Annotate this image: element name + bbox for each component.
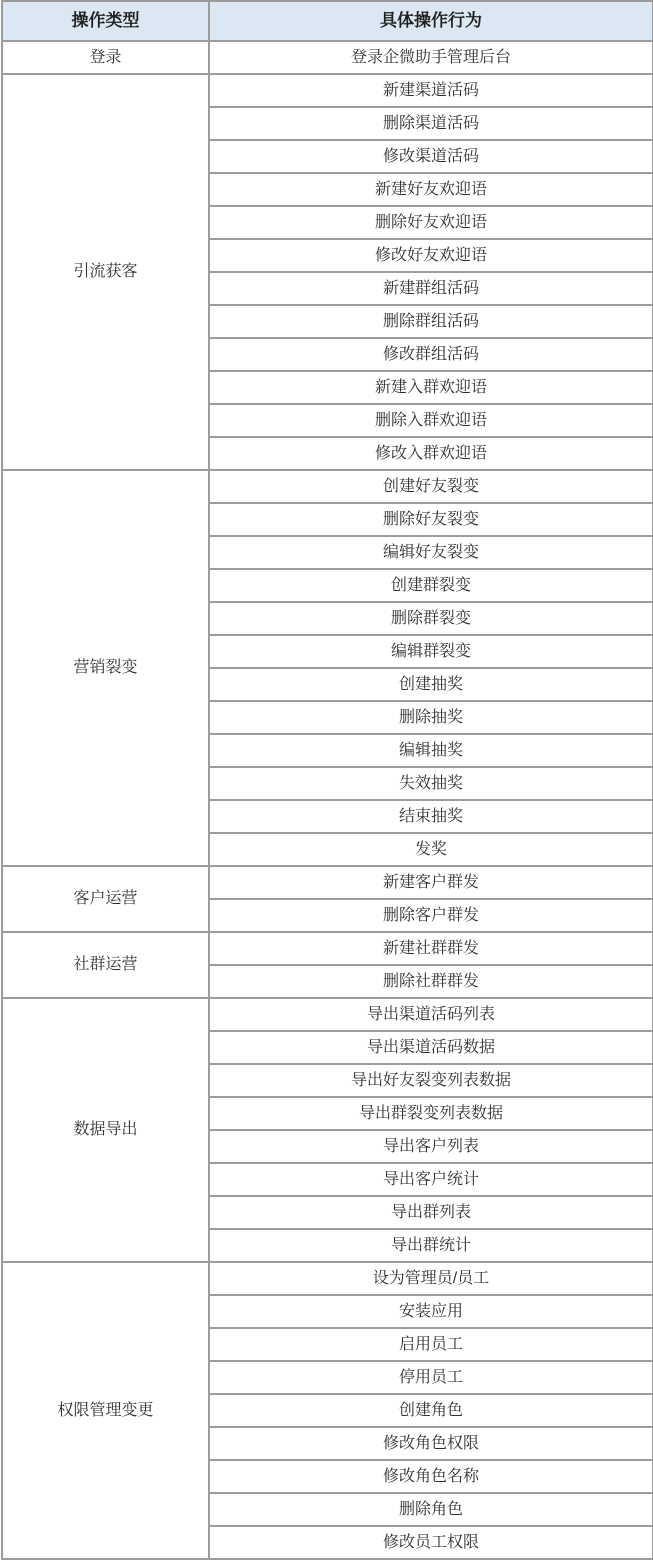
operation-action-cell: 新建社群群发 xyxy=(209,932,653,965)
operations-table: 操作类型 具体操作行为 登录登录企微助手管理后台引流获客新建渠道活码删除渠道活码… xyxy=(1,0,653,1560)
operation-action-cell: 删除客户群发 xyxy=(209,899,653,932)
operation-action-cell: 删除抽奖 xyxy=(209,701,653,734)
operation-action-cell: 导出群裂变列表数据 xyxy=(209,1097,653,1130)
operation-action-cell: 修改好友欢迎语 xyxy=(209,239,653,272)
operation-action-cell: 新建入群欢迎语 xyxy=(209,371,653,404)
operation-action-cell: 创建抽奖 xyxy=(209,668,653,701)
operation-action-cell: 导出群列表 xyxy=(209,1196,653,1229)
operation-action-cell: 导出渠道活码列表 xyxy=(209,998,653,1031)
operation-action-cell: 创建角色 xyxy=(209,1394,653,1427)
operation-action-cell: 发奖 xyxy=(209,833,653,866)
operations-table-header: 操作类型 具体操作行为 xyxy=(2,1,653,41)
header-row: 操作类型 具体操作行为 xyxy=(2,1,653,41)
table-row: 客户运营新建客户群发 xyxy=(2,866,653,899)
column-header-operation-action: 具体操作行为 xyxy=(209,1,653,41)
operation-action-cell: 删除群裂变 xyxy=(209,602,653,635)
operation-action-cell: 删除角色 xyxy=(209,1493,653,1526)
operation-type-cell: 权限管理变更 xyxy=(2,1262,209,1559)
operation-action-cell: 失效抽奖 xyxy=(209,767,653,800)
operation-action-cell: 修改群组活码 xyxy=(209,338,653,371)
operation-action-cell: 修改角色名称 xyxy=(209,1460,653,1493)
operation-action-cell: 删除好友欢迎语 xyxy=(209,206,653,239)
operation-type-cell: 引流获客 xyxy=(2,74,209,470)
operation-type-cell: 社群运营 xyxy=(2,932,209,998)
table-row: 营销裂变创建好友裂变 xyxy=(2,470,653,503)
operation-action-cell: 删除群组活码 xyxy=(209,305,653,338)
table-row: 数据导出导出渠道活码列表 xyxy=(2,998,653,1031)
operation-action-cell: 创建群裂变 xyxy=(209,569,653,602)
table-row: 权限管理变更设为管理员/员工 xyxy=(2,1262,653,1295)
table-row: 引流获客新建渠道活码 xyxy=(2,74,653,107)
operation-type-cell: 登录 xyxy=(2,41,209,74)
operation-action-cell: 安装应用 xyxy=(209,1295,653,1328)
operation-action-cell: 新建客户群发 xyxy=(209,866,653,899)
operation-action-cell: 设为管理员/员工 xyxy=(209,1262,653,1295)
operation-action-cell: 修改角色权限 xyxy=(209,1427,653,1460)
operation-action-cell: 删除社群群发 xyxy=(209,965,653,998)
operation-action-cell: 编辑抽奖 xyxy=(209,734,653,767)
operation-action-cell: 创建好友裂变 xyxy=(209,470,653,503)
table-row: 登录登录企微助手管理后台 xyxy=(2,41,653,74)
operation-action-cell: 停用员工 xyxy=(209,1361,653,1394)
operation-action-cell: 删除好友裂变 xyxy=(209,503,653,536)
operation-action-cell: 导出客户统计 xyxy=(209,1163,653,1196)
operation-action-cell: 修改渠道活码 xyxy=(209,140,653,173)
operation-action-cell: 删除入群欢迎语 xyxy=(209,404,653,437)
page: 操作类型 具体操作行为 登录登录企微助手管理后台引流获客新建渠道活码删除渠道活码… xyxy=(0,0,653,1560)
operations-table-body: 登录登录企微助手管理后台引流获客新建渠道活码删除渠道活码修改渠道活码新建好友欢迎… xyxy=(2,41,653,1559)
operation-action-cell: 导出好友裂变列表数据 xyxy=(209,1064,653,1097)
operation-action-cell: 编辑好友裂变 xyxy=(209,536,653,569)
operation-action-cell: 删除渠道活码 xyxy=(209,107,653,140)
operation-action-cell: 编辑群裂变 xyxy=(209,635,653,668)
operation-action-cell: 修改员工权限 xyxy=(209,1526,653,1559)
table-row: 社群运营新建社群群发 xyxy=(2,932,653,965)
column-header-operation-type: 操作类型 xyxy=(2,1,209,41)
operation-action-cell: 导出群统计 xyxy=(209,1229,653,1262)
operation-action-cell: 修改入群欢迎语 xyxy=(209,437,653,470)
operation-action-cell: 登录企微助手管理后台 xyxy=(209,41,653,74)
operation-action-cell: 新建好友欢迎语 xyxy=(209,173,653,206)
operation-type-cell: 数据导出 xyxy=(2,998,209,1262)
operation-type-cell: 客户运营 xyxy=(2,866,209,932)
operation-action-cell: 结束抽奖 xyxy=(209,800,653,833)
operation-action-cell: 启用员工 xyxy=(209,1328,653,1361)
operation-action-cell: 新建渠道活码 xyxy=(209,74,653,107)
operation-action-cell: 导出渠道活码数据 xyxy=(209,1031,653,1064)
operation-type-cell: 营销裂变 xyxy=(2,470,209,866)
operation-action-cell: 新建群组活码 xyxy=(209,272,653,305)
operation-action-cell: 导出客户列表 xyxy=(209,1130,653,1163)
